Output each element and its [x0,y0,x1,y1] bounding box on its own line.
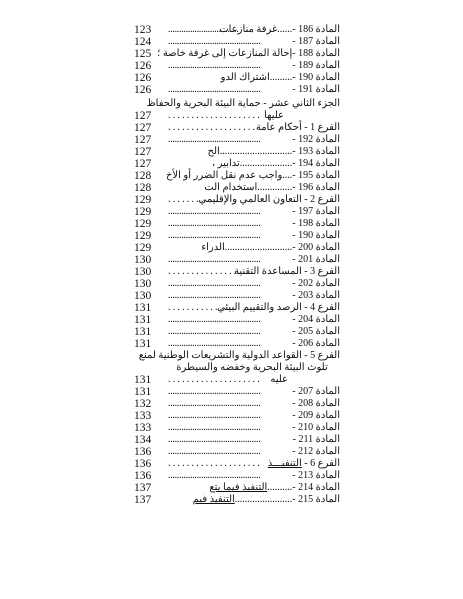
toc-row[interactable]: 126 المادة 190 -.........اشتراك الدو [134,72,340,84]
toc-row[interactable]: 131 ....................................… [134,326,340,338]
leader-dots: .................... [168,374,278,386]
toc-row[interactable]: 137 المادة 214 -..........التنفيذ فيما ي… [134,482,340,494]
toc-row[interactable]: 127 ....................................… [134,134,340,146]
toc-row[interactable]: 125 المادة 188 -إحالة المنازعات إلى غرفة… [134,48,340,60]
page-number: 129 [134,194,158,206]
page-number: 129 [134,230,158,242]
section-heading: الفرع 5 - القواعد الدولية والتشريعات الو… [134,350,340,362]
page-number: 123 [134,24,158,36]
toc-entry: المادة 197 - [292,206,340,218]
toc-entry: المادة 191 - [292,84,340,96]
leader-dots: ........................................… [168,326,286,338]
toc-row[interactable]: 131 .................... الفرع 4 - الرصد… [134,302,340,314]
leader-dots: ........................................… [168,398,286,410]
toc-row[interactable]: 127 المادة 194 -.....................تدا… [134,158,340,170]
leader-dots: ........................................… [168,338,286,350]
toc-row[interactable]: 127 .................... عليها [134,110,340,122]
toc-entry: المادة 208 - [292,398,340,410]
page-number: 137 [134,482,158,494]
page-number: 136 [134,446,158,458]
page-number: 127 [134,146,158,158]
toc-entry: المادة 187 - [292,36,340,48]
toc-row[interactable]: 131 ....................................… [134,338,340,350]
page-number: 130 [134,278,158,290]
toc-entry: المادة 193 -............................… [208,146,340,158]
page-number: 131 [134,374,158,386]
toc-row[interactable]: 131 .................... عليه [134,374,340,386]
toc-row[interactable]: 129 المادة 200 -........................… [134,242,340,254]
section-heading: الفرع 3 - المساعدة التقنية [234,266,340,278]
leader-dots: ........................................… [168,254,286,266]
page-number: 126 [134,72,158,84]
toc-entry: المادة 209 - [292,410,340,422]
toc-row[interactable]: 126 ....................................… [134,60,340,72]
page-number: 127 [134,158,158,170]
toc-entry: المادة 201 - [292,254,340,266]
page-number: 127 [134,122,158,134]
toc-row[interactable]: 137 المادة 215 -.......................ا… [134,494,340,506]
page-number: 131 [134,302,158,314]
leader-dots: ........................................… [168,218,286,230]
page-number: 128 [134,170,158,182]
toc-row[interactable]: 124 ....................................… [134,36,340,48]
page-number: 132 [134,398,158,410]
toc-row[interactable]: 128 المادة 196 -..............استخدام ال… [134,182,340,194]
toc-row[interactable]: 129 ....................................… [134,230,340,242]
page-number: 129 [134,218,158,230]
toc-entry: المادة 206 - [292,338,340,350]
leader-dots: ........................................… [168,134,286,146]
toc-entry: المادة 203 - [292,290,340,302]
toc-entry: المادة 192 - [292,134,340,146]
leader-dots: ........................................… [168,36,286,48]
page-number: 129 [134,206,158,218]
toc-row[interactable]: 123 ....................................… [134,24,340,36]
leader-dots: ........................................… [168,60,286,72]
table-of-contents: 123 ....................................… [134,24,340,506]
page-number: 125 [134,48,158,60]
toc-entry: المادة 198 - [292,218,340,230]
toc-entry: المادة 207 - [292,386,340,398]
toc-entry: المادة 196 -..............استخدام الت [204,182,340,194]
page-number: 130 [134,266,158,278]
toc-row[interactable]: 128 المادة 195 -....واجب عدم نقل الضرر أ… [134,170,340,182]
toc-row[interactable]: 129 ....................................… [134,218,340,230]
toc-row[interactable]: 129 ....................................… [134,206,340,218]
leader-dots: ........................................… [168,422,286,434]
page-number: 133 [134,410,158,422]
toc-row[interactable]: 130 ....................................… [134,290,340,302]
page-number: 134 [134,434,158,446]
page-number: 127 [134,110,158,122]
toc-entry: المادة 202 - [292,278,340,290]
toc-row[interactable]: 136 ....................................… [134,446,340,458]
page-number: 136 [134,470,158,482]
page-number: 131 [134,314,158,326]
page-number: 124 [134,36,158,48]
toc-entry: المادة 200 -...........................ا… [201,242,340,254]
leader-dots: ........................................… [168,230,286,242]
toc-row[interactable]: 130 .................... الفرع 3 - المسا… [134,266,340,278]
toc-entry: المادة 194 -.....................تدابير … [212,158,340,170]
leader-dots: ........................................… [168,206,286,218]
toc-entry: المادة 190 -.........اشتراك الدو [221,72,340,84]
page-number: 136 [134,458,158,470]
toc-row[interactable]: 130 ....................................… [134,254,340,266]
toc-row[interactable]: 126 ....................................… [134,84,340,96]
section-heading: الفرع 1 - أحكام عامة [256,122,340,134]
toc-entry: المادة 215 -.......................التنف… [193,494,340,506]
toc-row[interactable]: 133 ....................................… [134,422,340,434]
leader-dots: ........................................… [168,410,286,422]
page-number: 137 [134,494,158,506]
toc-row[interactable]: 136 ....................................… [134,470,340,482]
toc-entry: المادة 195 -....واجب عدم نقل الضرر أو ال… [166,170,340,182]
page-number: 133 [134,422,158,434]
toc-entry: المادة 213 - [292,470,340,482]
toc-row[interactable]: 131 ....................................… [134,386,340,398]
toc-entry: المادة 186 -......غرفة منازعات [219,24,340,36]
page-number: 126 [134,60,158,72]
leader-dots: ........................................… [168,278,286,290]
toc-entry: المادة 210 - [292,422,340,434]
part-heading: الجزء الثاني عشر - حماية البيئة البحرية … [134,98,340,110]
page-number: 130 [134,254,158,266]
toc-row[interactable]: 136 .................... الفرع 6 - التنف… [134,458,340,470]
page-number: 131 [134,338,158,350]
leader-dots: .................... [168,458,276,470]
page-number: 128 [134,182,158,194]
toc-entry: المادة 212 - [292,446,340,458]
toc-entry: المادة 190 - [292,230,340,242]
leader-dots: .................... [168,122,256,134]
toc-entry: المادة 214 -..........التنفيذ فيما يتع [209,482,340,494]
toc-entry: المادة 188 -إحالة المنازعات إلى غرفة خاص… [157,48,340,60]
section-heading-cont: تلوث البيئة البحرية وخفضه والسيطرة [134,362,340,374]
toc-row[interactable]: 131 ....................................… [134,314,340,326]
toc-row[interactable]: 130 ....................................… [134,278,340,290]
leader-dots: ........................................… [168,314,286,326]
toc-entry: المادة 205 - [292,326,340,338]
toc-entry: المادة 211 - [293,434,340,446]
leader-dots: ........................................… [168,446,286,458]
part-heading-cont: عليها [264,110,284,122]
leader-dots: ........................................… [168,290,286,302]
section-heading: الفرع 4 - الرصد والتقييم البيئي [217,302,340,314]
section-heading: الفرع 6 - التنفيـــذ [268,458,340,470]
leader-dots: ........................................… [168,386,286,398]
leader-dots: .................... [168,110,268,122]
toc-entry: المادة 204 - [292,314,340,326]
leader-dots: ........................................… [168,434,286,446]
page-number: 131 [134,386,158,398]
toc-entry: المادة 189 - [292,60,340,72]
toc-row[interactable]: 134 ....................................… [134,434,340,446]
page-number: 126 [134,84,158,96]
page-number: 129 [134,242,158,254]
leader-dots: ........................................… [168,84,286,96]
section-heading: الفرع 2 - التعاون العالمي والإقليمي [199,194,341,206]
toc-row[interactable]: 127 المادة 193 -........................… [134,146,340,158]
section-heading-cont: عليه [270,374,288,386]
page-number: 127 [134,134,158,146]
toc-row[interactable]: 133 ....................................… [134,410,340,422]
toc-row[interactable]: 127 .................... الفرع 1 - أحكام… [134,122,340,134]
page-number: 131 [134,326,158,338]
toc-row[interactable]: 129 .................... الفرع 2 - التعا… [134,194,340,206]
toc-row[interactable]: 132 ....................................… [134,398,340,410]
page-number: 130 [134,290,158,302]
leader-dots: ........................................… [168,470,286,482]
